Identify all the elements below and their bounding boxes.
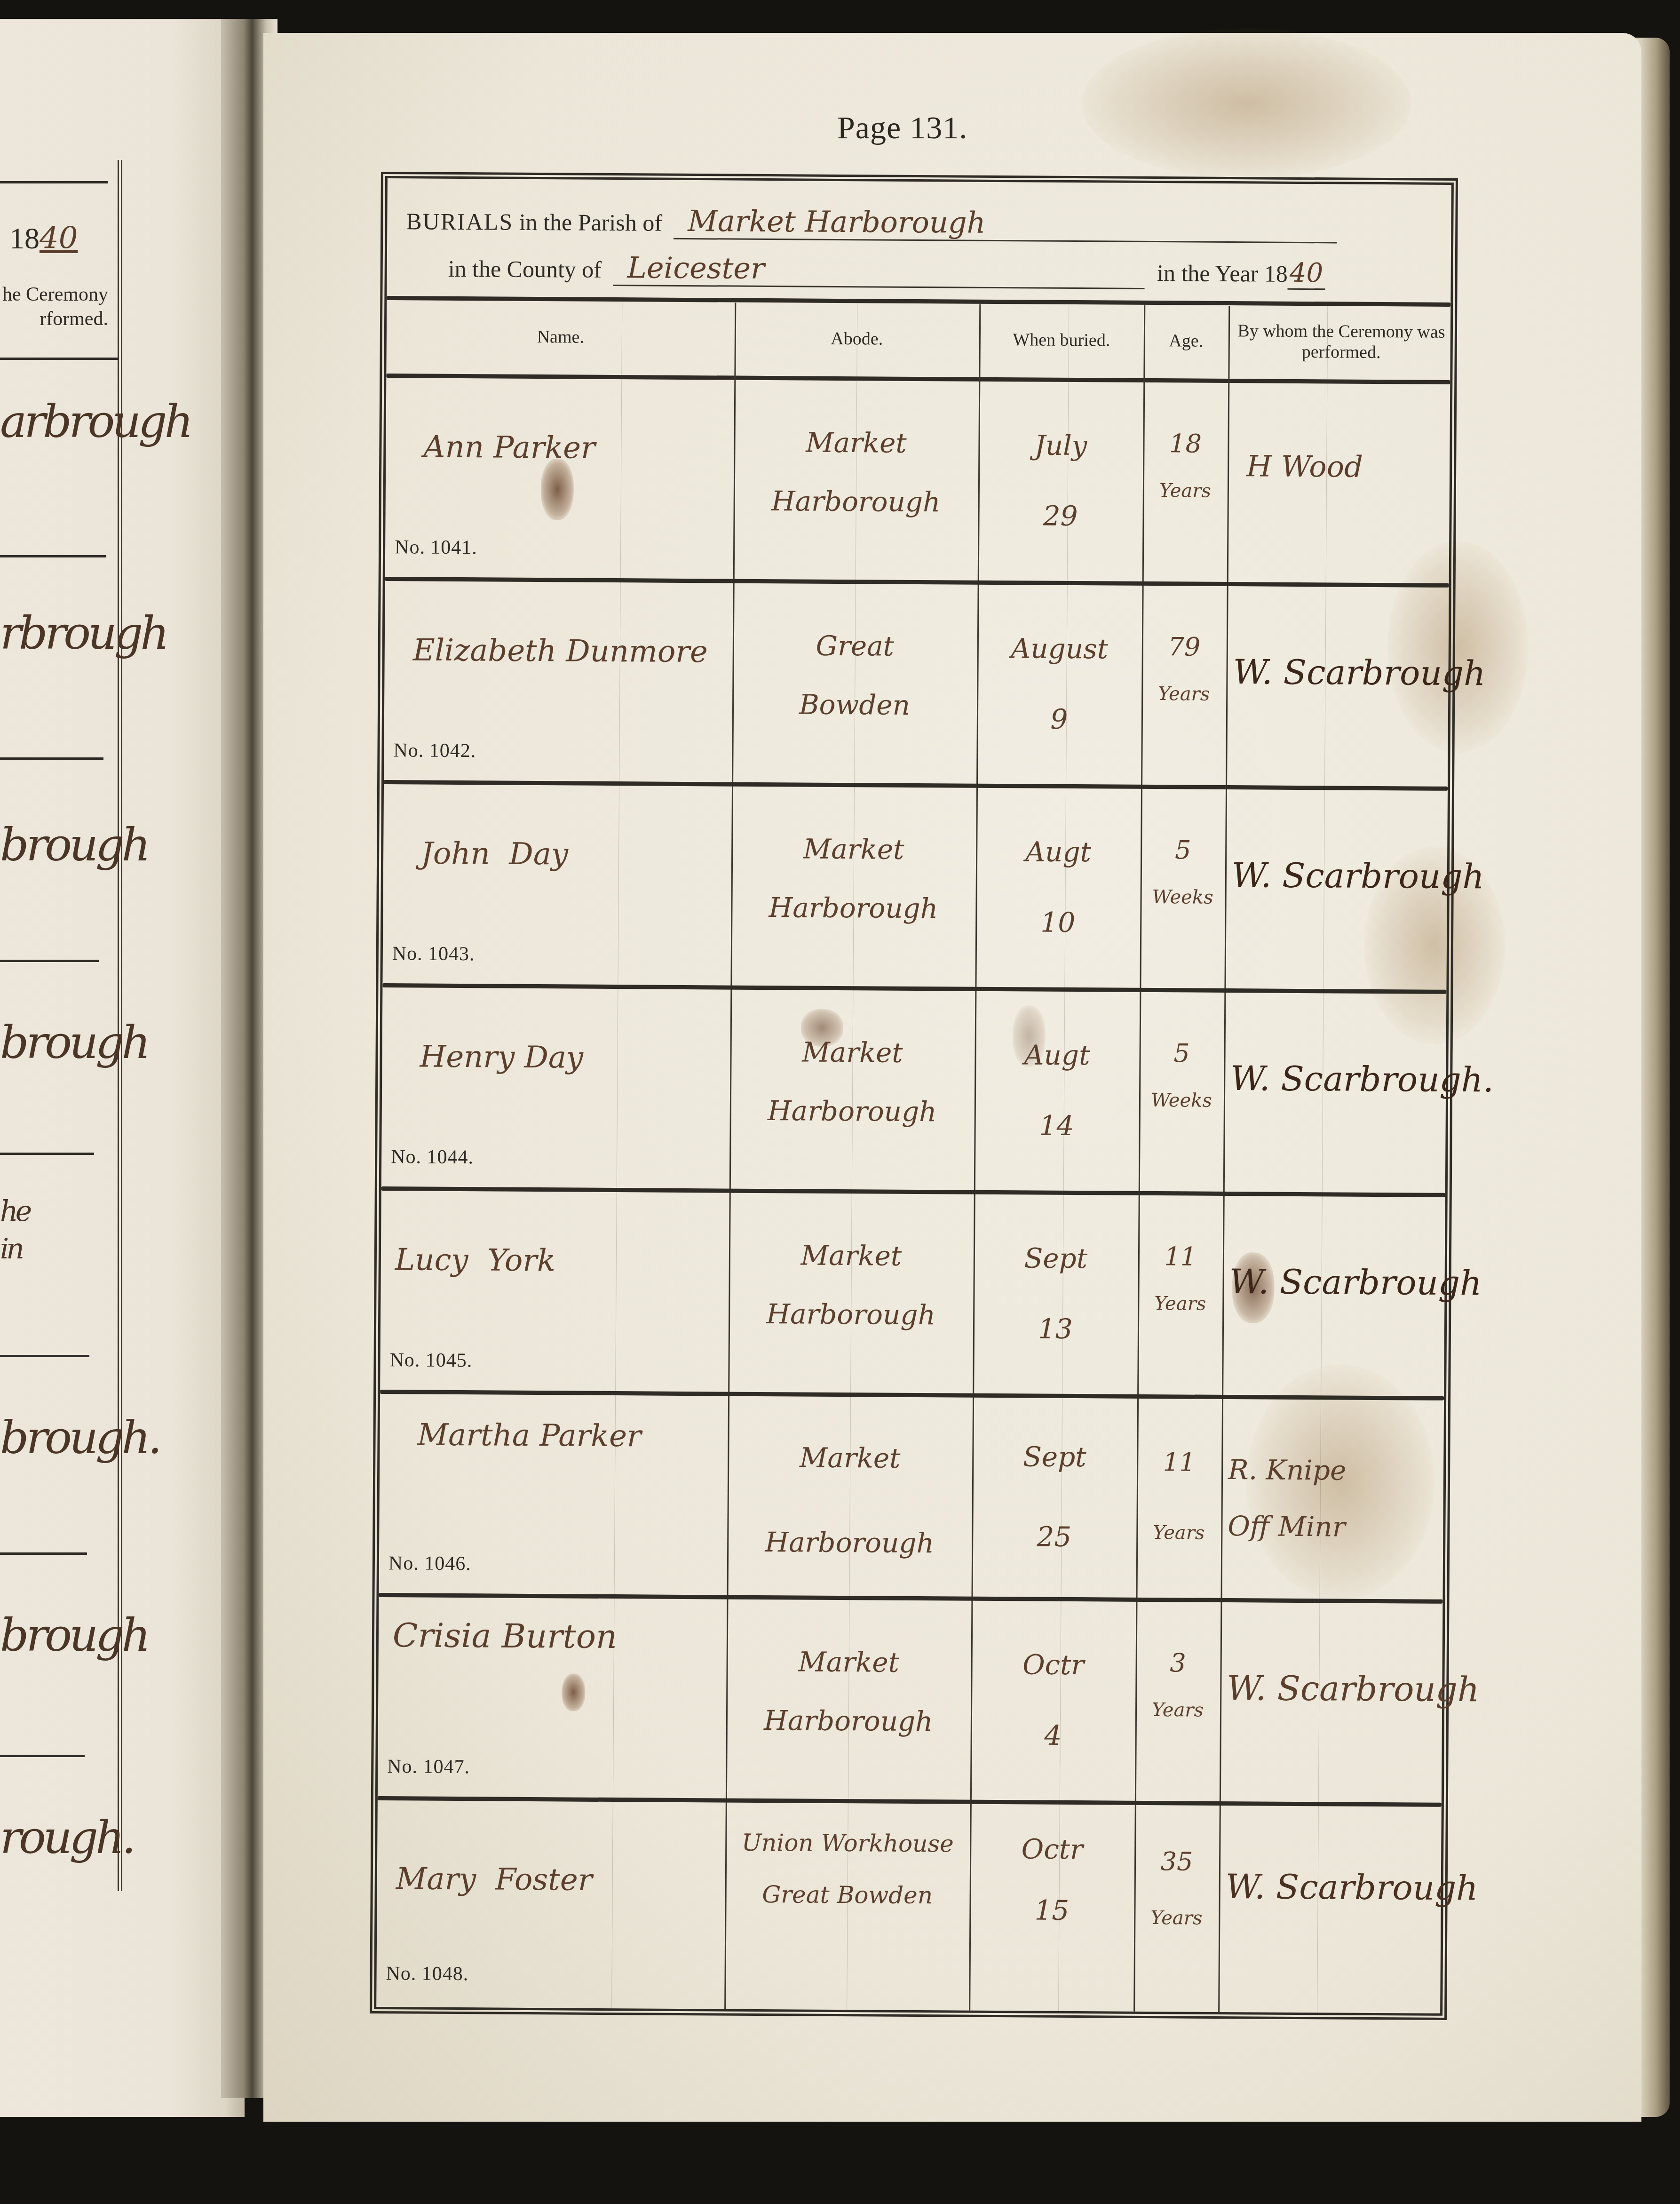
abode-cell: MarketHarborough (733, 380, 979, 585)
officiant: W. Scarbrough. (1230, 1058, 1450, 1099)
abode-cell: GreatBowden (732, 583, 978, 788)
year-value: 40 (1288, 258, 1325, 290)
parish-label: in the Parish of (519, 209, 662, 236)
date-cell: Augt10 (975, 788, 1141, 992)
left-rule (0, 960, 99, 962)
burial-date: July29 (978, 410, 1143, 552)
name-cell: Mary Foster No. 1048. (376, 1800, 726, 2010)
officiant-cell: W. Scarbrough (1224, 789, 1451, 994)
register-entry: Martha Parker No. 1046. MarketHarborough… (379, 1394, 1444, 1604)
left-rule (0, 1552, 87, 1555)
left-year-handwritten: 40 (40, 221, 78, 256)
officiant-cell: W. Scarbrough (1218, 1806, 1445, 2014)
officiant-cell: W. Scarbrough (1220, 1602, 1447, 1807)
register-entry: John Day No. 1043. MarketHarborough Augt… (382, 784, 1448, 994)
age: 5Weeks (1140, 827, 1225, 921)
name-cell: John Day No. 1043. (382, 784, 732, 990)
date-cell: August9 (976, 585, 1142, 789)
column-headers: Name. Abode. When buried. Age. By whom t… (386, 301, 1450, 378)
left-rule (0, 181, 108, 183)
header-age: Age. (1143, 305, 1228, 376)
name-cell: Ann Parker No. 1041. (385, 378, 735, 583)
abode-cell: MarketHarborough (730, 787, 976, 991)
age: 5Weeks (1139, 1030, 1224, 1124)
officiant-cell: W. Scarbrough. (1223, 993, 1450, 1197)
register-entry: Elizabeth Dunmore No. 1042. GreatBowden … (384, 581, 1449, 791)
abode: GreatBowden (732, 616, 978, 735)
register-entry: Ann Parker No. 1041. MarketHarborough Ju… (385, 378, 1450, 588)
age-cell: 11Years (1137, 1195, 1223, 1399)
left-rule (0, 358, 118, 360)
abode-cell: MarketHarborough (728, 1193, 974, 1398)
age-cell: 5Weeks (1139, 992, 1225, 1196)
entry-number: No. 1041. (395, 536, 477, 559)
county-value: Leicester (613, 250, 1144, 289)
name-cell: Elizabeth Dunmore No. 1042. (384, 581, 733, 787)
register-entry: Crisia Burton No. 1047. MarketHarborough… (378, 1597, 1443, 1807)
left-page: 1840 he Ceremony rformed. arbrough rbrou… (0, 19, 245, 2117)
entry-number: No. 1044. (391, 1146, 474, 1169)
age: 79Years (1141, 623, 1227, 718)
title-parish-line: BURIALS in the Parish of Market Harborou… (406, 202, 1337, 243)
date-cell: Augt14 (974, 991, 1140, 1195)
burial-date: Augt14 (974, 1019, 1140, 1162)
deceased-name: Ann Parker (423, 430, 595, 466)
age-cell: 3Years (1135, 1602, 1221, 1806)
left-signature-fragment: arbrough (0, 395, 190, 448)
left-signature-fragment: brough. (0, 1411, 159, 1464)
left-signature-fragment: he (0, 1195, 29, 1228)
name-cell: Crisia Burton No. 1047. (378, 1597, 727, 1803)
burial-register-table: BURIALS in the Parish of Market Harborou… (370, 172, 1458, 2020)
deceased-name: Henry Day (420, 1040, 583, 1075)
abode: MarketHarborough (726, 1632, 972, 1751)
date-cell: Octr4 (970, 1601, 1136, 1805)
entry-number: No. 1043. (392, 942, 475, 965)
date-cell: Sept13 (973, 1194, 1139, 1399)
header-when-buried: When buried. (979, 304, 1144, 376)
deceased-name: Martha Parker (417, 1418, 641, 1454)
name-cell: Lucy York No. 1045. (380, 1191, 729, 1396)
water-stain (1082, 28, 1411, 179)
officiant: W. Scarbrough (1233, 652, 1452, 693)
abode: MarketHarborough (733, 413, 979, 532)
header-name: Name. (386, 301, 735, 374)
entry-number: No. 1042. (393, 739, 476, 762)
burial-date: August9 (976, 613, 1142, 755)
left-signature-fragment: rbrough (0, 607, 166, 660)
entry-number: No. 1046. (388, 1552, 471, 1575)
left-header-line-2: rformed. (0, 307, 108, 331)
officiant: W. Scarbrough (1229, 1262, 1449, 1303)
left-rule (0, 1755, 85, 1757)
abode: MarketHarborough (729, 1226, 974, 1345)
left-signature-fragment: brough (0, 819, 148, 871)
officiant: W. Scarbrough (1232, 855, 1451, 896)
abode-cell: MarketHarborough (726, 1599, 972, 1804)
officiant-cell: W. Scarbrough (1226, 586, 1453, 791)
header-officiant: By whom the Ceremony was performed. (1228, 306, 1454, 378)
age: 11Years (1136, 1427, 1222, 1568)
title-county-line: in the County of Leicester in the Year 1… (448, 249, 1326, 290)
date-cell: Octr15 (969, 1804, 1135, 2012)
age: 18Years (1143, 420, 1228, 515)
parish-value: Market Harborough (674, 204, 1337, 244)
officiant: R. KnipeOff Minr (1228, 1441, 1447, 1556)
officiant-cell: R. KnipeOff Minr (1220, 1399, 1448, 1604)
age: 35Years (1134, 1833, 1219, 1947)
officiant: W. Scarbrough (1227, 1668, 1446, 1709)
name-cell: Henry Day No. 1044. (381, 987, 731, 1193)
register-entry: Mary Foster No. 1048. Union WorkhouseGre… (376, 1800, 1442, 2014)
year-label: in the Year 18 (1157, 260, 1288, 287)
abode: Union WorkhouseGreat Bowden (725, 1817, 970, 1922)
left-rule (0, 555, 106, 557)
left-rule (0, 1355, 89, 1357)
page-number: Page 131. (837, 109, 967, 146)
left-page-year: 1840 (9, 221, 78, 256)
burial-date: Sept13 (973, 1223, 1139, 1365)
age: 11Years (1138, 1233, 1223, 1328)
age-cell: 18Years (1142, 382, 1228, 586)
left-signature-fragment: brough (0, 1609, 148, 1662)
left-rule (0, 757, 103, 760)
officiant: H Wood (1246, 449, 1453, 485)
ink-blot (540, 459, 574, 520)
officiant-cell: W. Scarbrough (1222, 1196, 1449, 1400)
age: 3Years (1135, 1639, 1220, 1734)
deceased-name: Lucy York (395, 1242, 555, 1278)
entry-number: No. 1048. (386, 1962, 468, 1985)
age-cell: 11Years (1136, 1399, 1222, 1602)
left-rule (0, 1153, 94, 1155)
burial-date: Augt10 (975, 816, 1141, 958)
burial-date: Sept25 (972, 1416, 1137, 1577)
date-cell: July29 (978, 382, 1144, 586)
abode: MarketHarborough (729, 1023, 975, 1142)
name-cell: Martha Parker No. 1046. (379, 1394, 728, 1599)
age-cell: 5Weeks (1140, 789, 1226, 993)
officiant-cell: H Wood (1227, 383, 1454, 588)
abode-cell: MarketHarborough (729, 990, 975, 1194)
entry-number: No. 1045. (389, 1349, 472, 1372)
burial-date: Octr15 (969, 1818, 1135, 1941)
age-cell: 35Years (1133, 1805, 1220, 2013)
officiant: W. Scarbrough (1226, 1867, 1445, 1908)
abode: MarketHarborough (731, 820, 976, 939)
burials-heading: BURIALS (406, 208, 513, 235)
left-column-header: he Ceremony rformed. (0, 282, 108, 331)
register-entry: Henry Day No. 1044. MarketHarborough Aug… (381, 987, 1447, 1197)
date-cell: Sept25 (971, 1398, 1137, 1602)
burial-date: Octr4 (970, 1629, 1136, 1771)
abode: MarketHarborough (727, 1415, 973, 1586)
county-label: in the County of (448, 255, 602, 283)
scan-background: 1840 he Ceremony rformed. arbrough rbrou… (0, 0, 1680, 2204)
age-cell: 79Years (1141, 586, 1227, 789)
register-entries: Ann Parker No. 1041. MarketHarborough Ju… (376, 378, 1450, 2013)
left-signature-fragment: rough. (0, 1811, 133, 1864)
left-signature-fragment: in (0, 1233, 22, 1265)
deceased-name: John Day (421, 836, 568, 872)
left-signature-fragment: brough (0, 1016, 148, 1069)
abode-cell: Union WorkhouseGreat Bowden (724, 1803, 970, 2011)
left-year-printed: 18 (9, 222, 40, 255)
register-entry: Lucy York No. 1045. MarketHarborough Sep… (380, 1191, 1445, 1400)
ink-blot (562, 1673, 585, 1711)
left-header-line-1: he Ceremony (0, 282, 108, 307)
abode-cell: MarketHarborough (727, 1396, 973, 1601)
deceased-name: Elizabeth Dunmore (413, 633, 708, 669)
deceased-name: Crisia Burton (393, 1616, 618, 1656)
entry-number: No. 1047. (387, 1755, 470, 1778)
deceased-name: Mary Foster (396, 1862, 593, 1898)
register-title: BURIALS in the Parish of Market Harborou… (387, 178, 1451, 300)
